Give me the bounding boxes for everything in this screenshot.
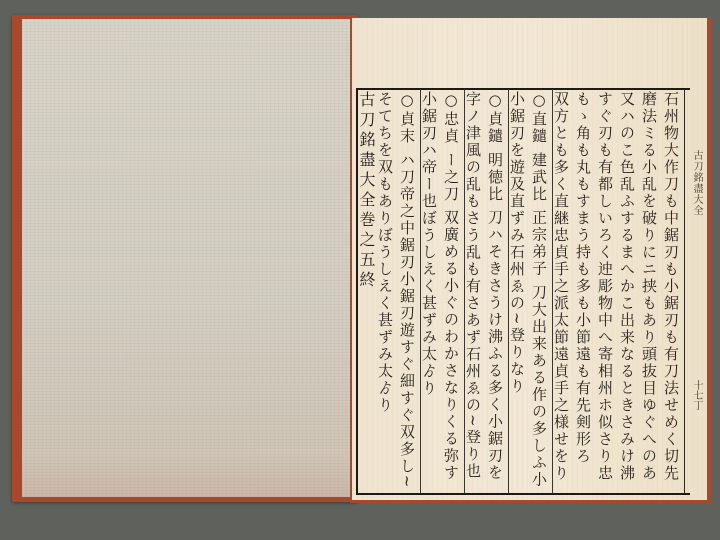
column-divider (552, 89, 553, 493)
entry-sadasue: ○貞末 ハ刀帝之中鋸刃小鋸刃遊すぐ細すぐ双多し∼る小 (397, 91, 419, 491)
text-column: 磨法ミる小乱を破りにニ挟もあり頭抜目ゆぐへのあぶぐろや (639, 91, 661, 491)
entry-sadatsugu: ○貞鑓 明徳比 刀ハそきさうけ沸ふる多く小鋸刃をふし及 (485, 91, 507, 491)
back-cover-lining (22, 19, 352, 497)
text-column: 双方とも多く直継忠貞手之派太節遠貞手之様せをりも有 (553, 91, 573, 491)
column-divider (508, 89, 509, 493)
text-column: 字ノ津風の乱もさう乱も有さあず石州ゑの∼登り也 (465, 91, 485, 491)
paper-stain (22, 457, 352, 497)
entry-naotsugu: ○直鑓 建武比 正宗弟子 刀大出来ある作の多しふ小切先ほそし丸し (529, 91, 551, 491)
column-divider (464, 89, 465, 493)
text-column: 小鋸刃を遊及直ずみ石州ゑの∼登りなり (509, 91, 529, 491)
entry-tadasada: ○忠貞 ー之刀 双廣める小ぐのわかさなりくる弥する人ぐのあも有 (441, 91, 463, 491)
text-column: 又ハのこ色乱ふするまへかこ出来なるときさみけ沸たくさも有文ハ (617, 91, 639, 491)
text-column: もゝ角も丸もすまう持も多も小節遠も有先剣形ろ (573, 91, 595, 491)
text-column: そてちを双もありぼうしえく甚ずみ太ゟり (378, 91, 397, 491)
text-column: 小鋸刃ハ帝ー也ぼうしえく甚ずみ太ゟり (421, 91, 441, 491)
volume-end-title: 古刀銘盡大全巻之五終 (358, 91, 378, 491)
margin-title-note: 古刀銘盡大全 (690, 150, 704, 216)
page-number: 十七丁 (690, 380, 704, 410)
open-book: 石州物大作刀も中鋸刃も小鋸刃も有刀法せめく切先さく 磨法ミる小乱を破りにニ挟もあ… (0, 0, 720, 540)
text-column: すぐ刃も有都しいろく迚彫物中へ寄相州ホ似さり忠 (595, 91, 617, 491)
text-column: 石州物大作刀も中鋸刃も小鋸刃も有刀法せめく切先さく (661, 91, 683, 491)
margin-rule (684, 89, 685, 493)
column-divider (420, 89, 421, 493)
